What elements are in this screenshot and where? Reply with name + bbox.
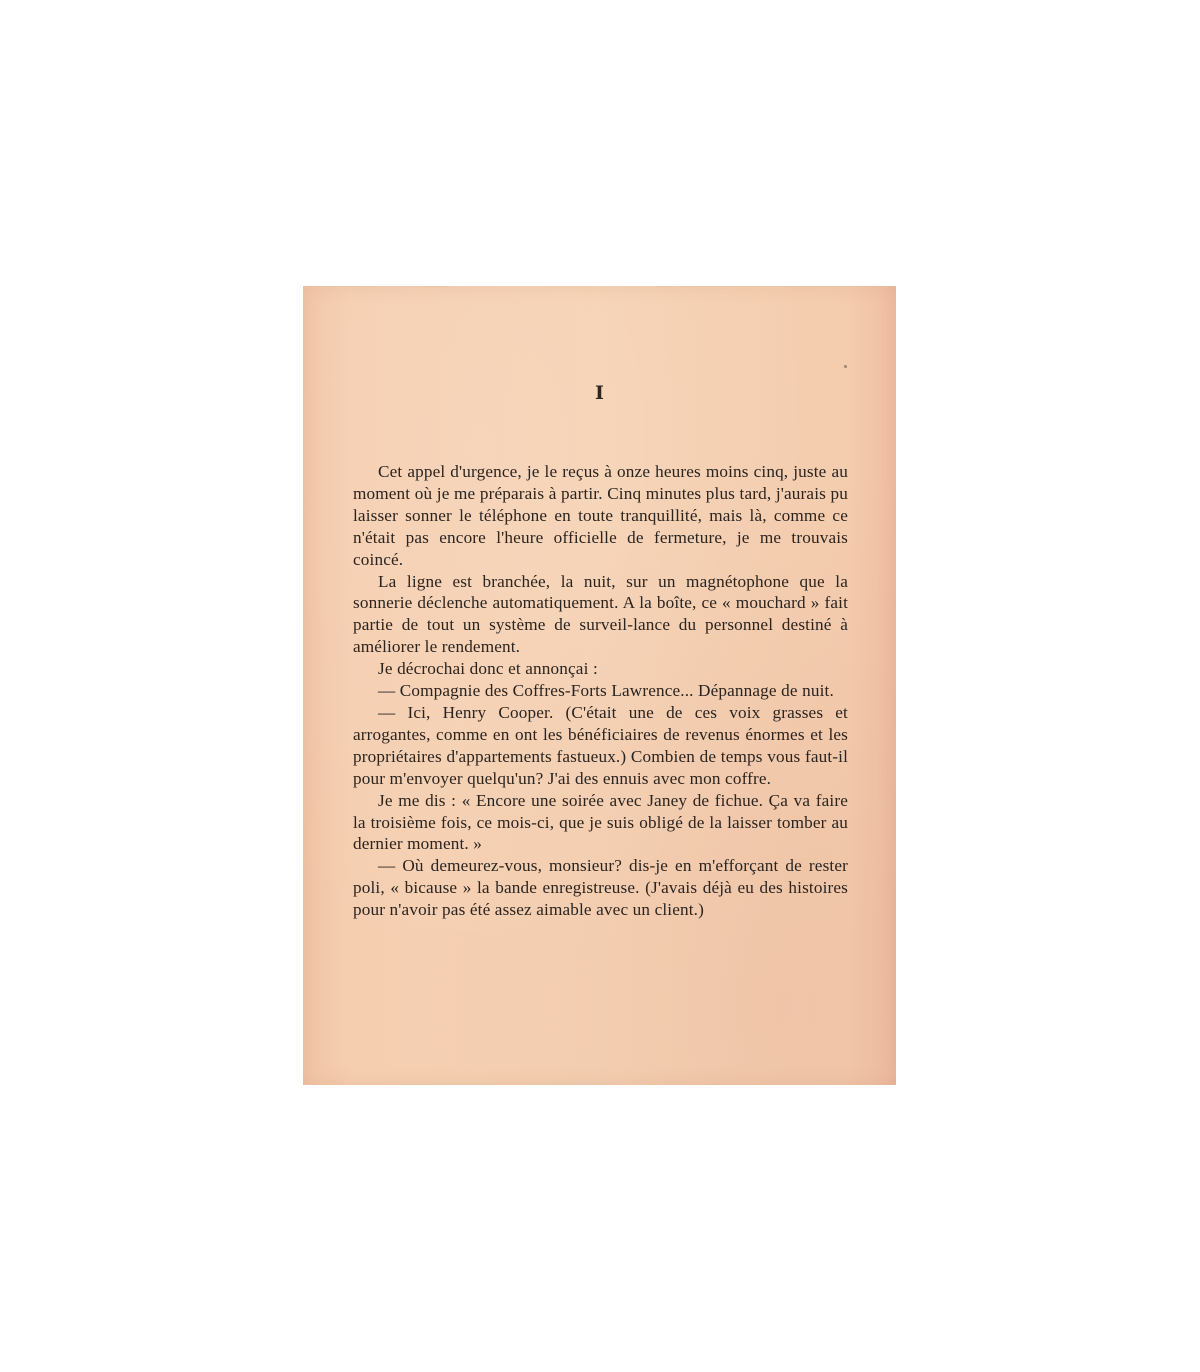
paragraph-2: La ligne est branchée, la nuit, sur un m…	[353, 571, 848, 659]
paragraph-3: Je décrochai donc et annonçai :	[353, 658, 848, 680]
book-page: I Cet appel d'urgence, je le reçus à onz…	[303, 286, 896, 1085]
paragraph-6: Je me dis : « Encore une soirée avec Jan…	[353, 790, 848, 856]
paragraph-4-dialogue: — Compagnie des Coffres-Forts Lawrence..…	[353, 680, 848, 702]
chapter-text: Cet appel d'urgence, je le reçus à onze …	[353, 461, 848, 921]
paragraph-7-dialogue: — Où demeurez-vous, monsieur? dis-je en …	[353, 855, 848, 921]
chapter-number: I	[303, 382, 896, 404]
paragraph-5-dialogue: — Ici, Henry Cooper. (C'était une de ces…	[353, 702, 848, 790]
paragraph-1: Cet appel d'urgence, je le reçus à onze …	[353, 461, 848, 571]
paper-speck	[844, 365, 847, 368]
